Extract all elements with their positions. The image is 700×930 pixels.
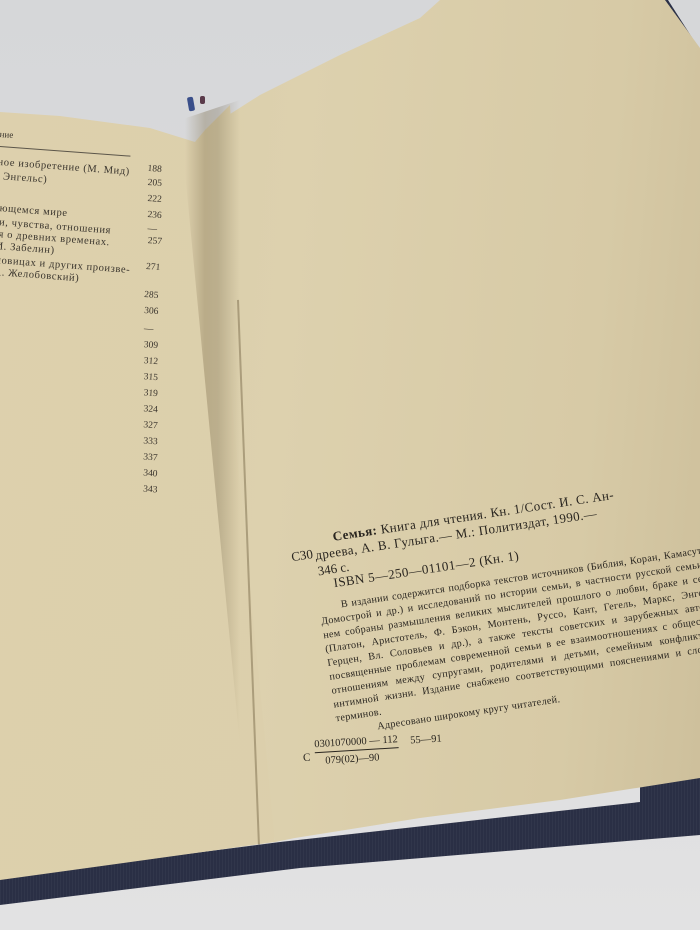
toc-entry-page: 337 bbox=[143, 453, 158, 464]
toc-rule bbox=[0, 146, 130, 157]
toc-entry-page: 315 bbox=[143, 373, 158, 384]
price-code-letter: С bbox=[303, 752, 311, 764]
toc-entry-page: 333 bbox=[143, 437, 158, 448]
bookmark-ribbon bbox=[187, 97, 195, 112]
toc-entry-page: 309 bbox=[143, 341, 158, 352]
toc-header: ние bbox=[0, 130, 14, 140]
toc-entry-page: 324 bbox=[143, 405, 158, 416]
catalog-code: С30 bbox=[290, 546, 314, 565]
toc-entry-page: 205 bbox=[147, 179, 162, 190]
toc-entry-page: 306 bbox=[144, 307, 159, 318]
toc-entry-title: (И. Забелин) bbox=[0, 242, 55, 257]
toc-entry-page: 236 bbox=[147, 211, 162, 222]
toc-entry-page: 340 bbox=[143, 469, 158, 480]
toc-entry-page: 222 bbox=[147, 195, 162, 206]
toc-entry-page: 319 bbox=[143, 389, 158, 400]
toc-entry-page: 343 bbox=[143, 485, 158, 496]
toc-entry-page: — bbox=[147, 225, 157, 235]
toc-entry-page: 257 bbox=[147, 237, 162, 248]
price-code-side: 55—91 bbox=[410, 733, 442, 746]
bookmark-ribbon-2 bbox=[200, 96, 205, 104]
toc-entry-page: 312 bbox=[143, 357, 158, 368]
photo-scene: ние ное изобретение (М. Мид)188. Энгельс… bbox=[0, 0, 700, 930]
toc-entry-page: 327 bbox=[143, 421, 158, 432]
toc-entry-page: 188 bbox=[147, 165, 162, 176]
table-of-contents: ние ное изобретение (М. Мид)188. Энгельс… bbox=[0, 130, 199, 544]
toc-entry-page: 271 bbox=[146, 263, 161, 274]
toc-entry-title: . Энгельс) bbox=[0, 172, 48, 186]
toc-entry-page: 285 bbox=[144, 291, 159, 302]
toc-entry-page: — bbox=[143, 325, 153, 335]
